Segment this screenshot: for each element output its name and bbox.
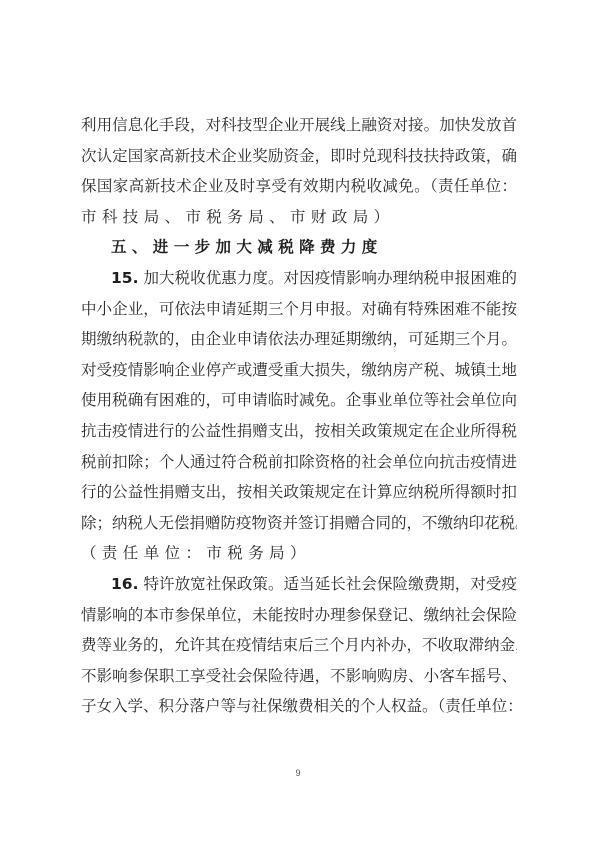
paragraph-line: 情影响的本市参保单位，未能按时办理参保登记、缴纳社会保险 bbox=[81, 600, 517, 631]
paragraph-line: 除；纳税人无偿捐赠防疫物资并签订捐赠合同的，不缴纳印花税。 bbox=[81, 508, 517, 539]
item-16-first-line: 16. 特许放宽社保政策。适当延长社会保险缴费期，对受疫 bbox=[81, 569, 517, 600]
paragraph-line: 费等业务的，允许其在疫情结束后三个月内补办，不收取滞纳金， bbox=[81, 630, 517, 661]
paragraph-line: 行的公益性捐赠支出，按相关政策规定在计算应纳税所得额时扣 bbox=[81, 477, 517, 508]
paragraph-line: 对受疫情影响企业停产或遭受重大损失，缴纳房产税、城镇土地 bbox=[81, 355, 517, 386]
item-16-number: 16. bbox=[111, 575, 138, 593]
item-15-first-line: 15. 加大税收优惠力度。对因疫情影响办理纳税申报困难的 bbox=[81, 263, 517, 294]
paragraph-line: 市科技局、市税务局、市财政局） bbox=[81, 202, 517, 233]
paragraph-line: 保国家高新技术企业及时享受有效期内税收减免。（责任单位： bbox=[81, 171, 517, 202]
section-heading: 五、进一步加大减税降费力度 bbox=[81, 232, 517, 263]
item-15-title: 加大税收优惠力度。对因疫情影响办理纳税申报困难的 bbox=[143, 269, 517, 287]
paragraph-line: 次认定国家高新技术企业奖励资金，即时兑现科技扶持政策，确 bbox=[81, 141, 517, 172]
paragraph-line: 不影响参保职工享受社会保险待遇，不影响购房、小客车摇号、 bbox=[81, 661, 517, 692]
document-body: 利用信息化手段，对科技型企业开展线上融资对接。加快发放首 次认定国家高新技术企业… bbox=[81, 110, 517, 722]
paragraph-line: 子女入学、积分落户等与社保缴费相关的个人权益。（责任单位： bbox=[81, 691, 517, 722]
page-number: 9 bbox=[0, 768, 596, 778]
paragraph-line: 抗击疫情进行的公益性捐赠支出，按相关政策规定在企业所得税 bbox=[81, 416, 517, 447]
paragraph-line: 税前扣除；个人通过符合税前扣除资格的社会单位向抗击疫情进 bbox=[81, 447, 517, 478]
paragraph-line: 使用税确有困难的，可申请临时减免。企事业单位等社会单位向 bbox=[81, 385, 517, 416]
paragraph-line: 期缴纳税款的，由企业申请依法办理延期缴纳，可延期三个月。 bbox=[81, 324, 517, 355]
item-16-title: 特许放宽社保政策。适当延长社会保险缴费期，对受疫 bbox=[143, 575, 517, 593]
responsible-unit: （责任单位：市税务局） bbox=[81, 538, 517, 569]
document-page: 利用信息化手段，对科技型企业开展线上融资对接。加快发放首 次认定国家高新技术企业… bbox=[0, 0, 596, 842]
item-15-number: 15. bbox=[111, 269, 138, 287]
paragraph-line: 中小企业，可依法申请延期三个月申报。对确有特殊困难不能按 bbox=[81, 294, 517, 325]
paragraph-line: 利用信息化手段，对科技型企业开展线上融资对接。加快发放首 bbox=[81, 110, 517, 141]
